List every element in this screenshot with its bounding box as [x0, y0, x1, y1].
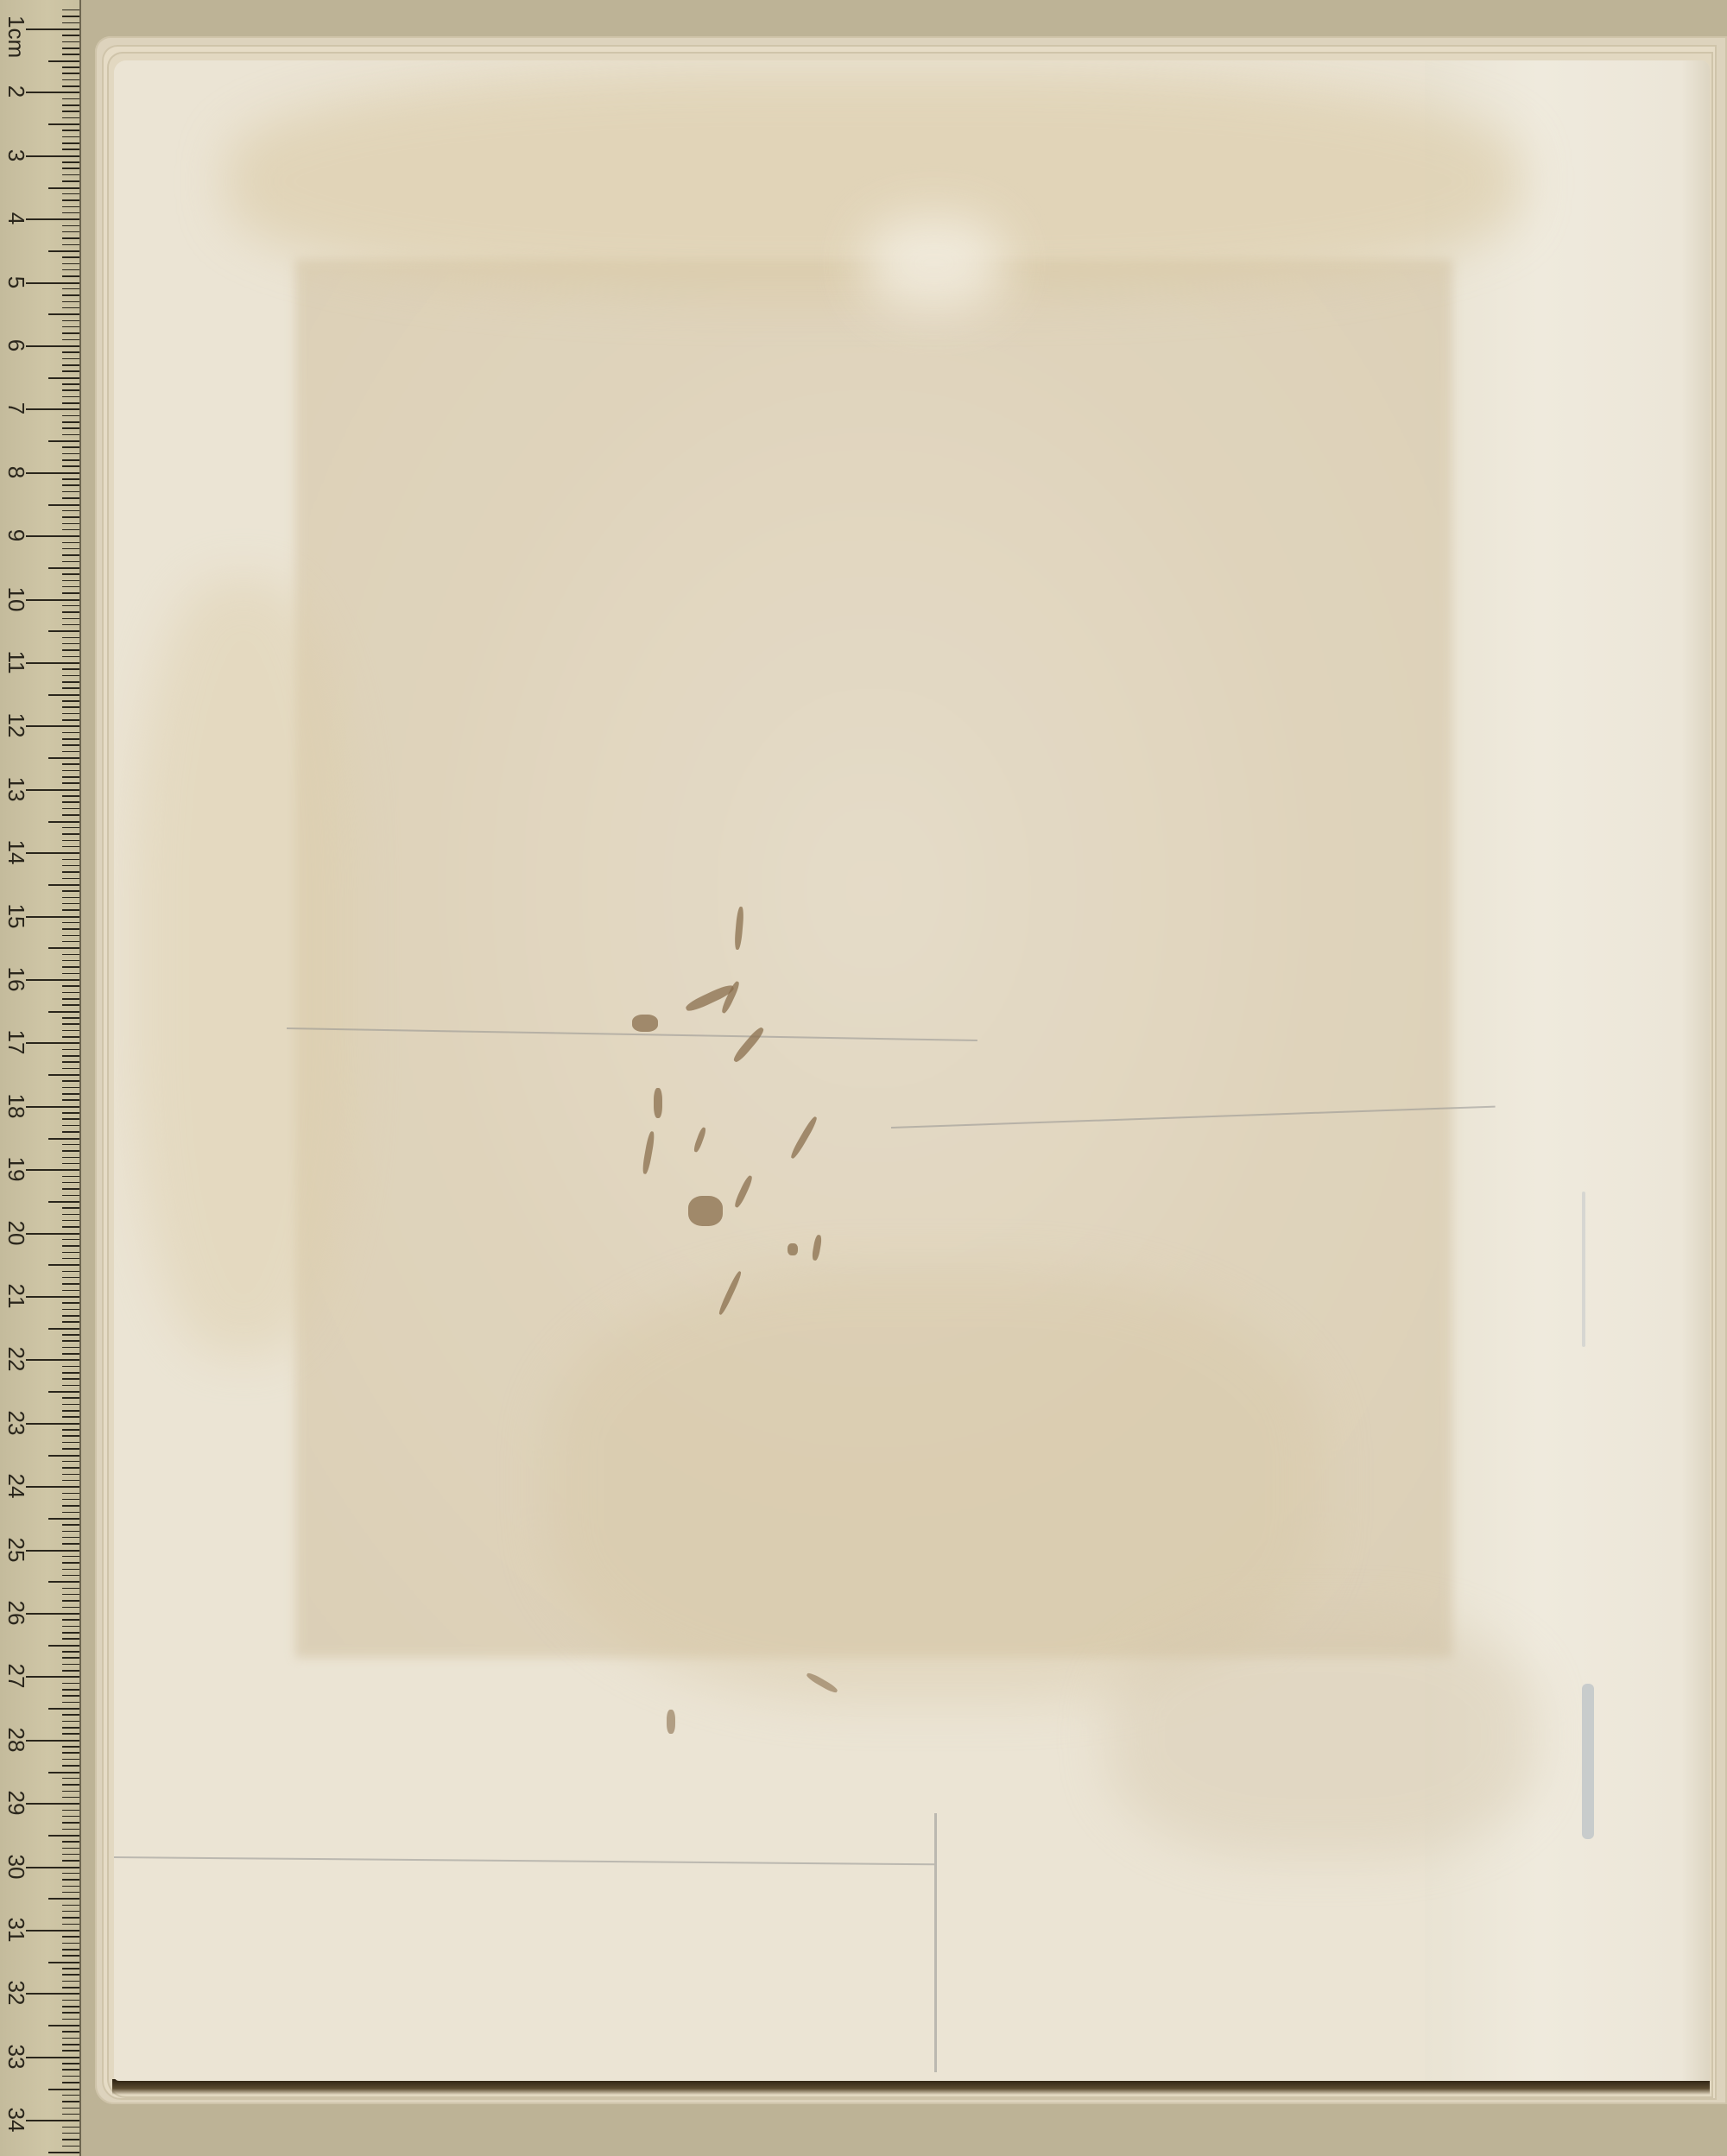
ruler-tick [48, 821, 79, 823]
ruler-tick [62, 782, 79, 784]
ruler-tick [62, 846, 79, 848]
ruler-tick [26, 1613, 79, 1615]
ruler-label: 8 [3, 459, 29, 485]
ruler-tick [62, 1410, 79, 1412]
ruler-tick [62, 244, 79, 246]
ruler-label: 19 [3, 1156, 29, 1182]
ruler-tick [26, 979, 79, 981]
ruler-tick [26, 472, 79, 474]
ruler-tick [62, 1556, 79, 1558]
ruler-tick [62, 1791, 79, 1792]
ruler-tick [26, 408, 79, 410]
ruler-label: 5 [3, 269, 29, 295]
ruler-tick [62, 339, 79, 341]
ruler-tick [26, 1676, 79, 1678]
ruler-tick [62, 1854, 79, 1856]
ruler-tick [62, 1917, 79, 1919]
ruler-tick [62, 744, 79, 746]
ruler-tick [48, 504, 79, 506]
ruler-tick [62, 554, 79, 556]
ruler-tick [62, 1873, 79, 1875]
ruler-tick [62, 1036, 79, 1038]
ruler-tick [62, 580, 79, 582]
ruler-tick [62, 1619, 79, 1621]
ruler-tick [62, 624, 79, 626]
ruler-label: 10 [3, 586, 29, 612]
ruler-tick [48, 1898, 79, 1900]
ruler-tick [62, 1936, 79, 1938]
ruler-tick [62, 1378, 79, 1380]
ruler-tick [62, 1004, 79, 1006]
ruler-label: 27 [3, 1663, 29, 1689]
ruler-tick [62, 865, 79, 867]
ruler-tick [62, 1981, 79, 1982]
ruler-tick [62, 1131, 79, 1133]
ruler-tick [48, 1074, 79, 1076]
ruler-tick [62, 1220, 79, 1222]
ruler-tick [62, 1157, 79, 1159]
ruler-tick [26, 155, 79, 157]
ruler-tick [62, 954, 79, 956]
ruler-tick [62, 2012, 79, 2014]
ruler-tick [62, 643, 79, 645]
ruler-tick [62, 1588, 79, 1590]
ruler-tick [48, 1645, 79, 1647]
ruler-tick [62, 2139, 79, 2140]
ruler-tick [62, 484, 79, 486]
ruler-tick [62, 491, 79, 493]
ink-spot [667, 1710, 675, 1734]
ruler-tick [62, 396, 79, 398]
ruler-tick [26, 2120, 79, 2121]
ruler-tick [62, 1702, 79, 1704]
ruler-tick [48, 1138, 79, 1140]
ruler-tick [62, 814, 79, 816]
ruler-tick [62, 389, 79, 391]
ruler-tick [48, 1455, 79, 1457]
ruler-tick [62, 1372, 79, 1374]
ruler-tick [62, 1239, 79, 1241]
ruler-tick [62, 1188, 79, 1190]
ruler-tick [62, 770, 79, 772]
ruler-tick [62, 2127, 79, 2128]
ruler-tick [62, 73, 79, 74]
ruler-tick [26, 1296, 79, 1298]
ruler-tick [62, 529, 79, 531]
ruler-tick [48, 1391, 79, 1393]
ruler-tick [62, 840, 79, 842]
ruler-tick [48, 1962, 79, 1963]
ruler-tick [62, 1055, 79, 1057]
ruler-tick [62, 1277, 79, 1279]
ruler-tick [62, 104, 79, 106]
ruler-tick [62, 2133, 79, 2134]
ruler-tick [62, 2038, 79, 2039]
ruler-tick [62, 2101, 79, 2102]
ruler-tick [62, 136, 79, 138]
ruler-tick [62, 592, 79, 594]
ruler-tick [48, 2025, 79, 2026]
ruler-tick [62, 1112, 79, 1114]
ruler-label: 22 [3, 1346, 29, 1372]
ruler-tick [62, 1340, 79, 1342]
ruler-tick [26, 28, 79, 30]
ruler-tick [62, 1886, 79, 1887]
ruler-tick [62, 9, 79, 11]
ruler-tick [26, 1169, 79, 1171]
ruler-tick [62, 1657, 79, 1659]
ruler-tick [48, 694, 79, 696]
ruler-tick [62, 706, 79, 708]
ruler-tick [26, 599, 79, 601]
ruler-tick [62, 1163, 79, 1165]
ruler-tick [48, 377, 79, 379]
ruler-tick [62, 402, 79, 404]
ruler-tick [62, 1531, 79, 1533]
ruler-tick [62, 1080, 79, 1082]
ruler-tick [62, 890, 79, 892]
ruler-tick [62, 700, 79, 702]
ruler-tick [62, 1068, 79, 1070]
ruler-tick [48, 1518, 79, 1520]
ruler-tick [62, 668, 79, 670]
ruler-tick [62, 370, 79, 372]
ruler-tick [26, 1486, 79, 1488]
ruler-tick [62, 1505, 79, 1507]
ruler-tick [26, 1803, 79, 1805]
ruler-tick [62, 1309, 79, 1311]
ruler-tick [62, 465, 79, 467]
ruler-tick [62, 675, 79, 677]
ruler-tick [62, 1467, 79, 1469]
ruler-tick [62, 1689, 79, 1691]
ruler-label: 28 [3, 1727, 29, 1753]
ruler-tick [48, 1328, 79, 1330]
ruler-tick [26, 282, 79, 284]
ruler-tick [62, 1017, 79, 1019]
paper-crease [114, 1856, 934, 1865]
ruler-label: 24 [3, 1473, 29, 1499]
ruler-tick [62, 1600, 79, 1602]
ruler-tick [62, 542, 79, 544]
ruler-tick [62, 206, 79, 208]
ruler-tick [62, 928, 79, 930]
ruler-tick [62, 1030, 79, 1032]
ruler-label: 30 [3, 1854, 29, 1880]
ruler-tick [48, 123, 79, 125]
ruler-tick [62, 269, 79, 271]
ruler-tick [62, 941, 79, 943]
ruler-tick [62, 1594, 79, 1596]
ruler-tick [62, 827, 79, 829]
ruler-tick [62, 16, 79, 17]
ruler-tick [62, 1061, 79, 1063]
ruler-tick [62, 1810, 79, 1811]
ruler-label: 32 [3, 1980, 29, 2006]
ruler-tick [26, 1423, 79, 1425]
ruler-tick [62, 326, 79, 328]
ruler-tick [62, 79, 79, 81]
ruler-tick [62, 1118, 79, 1120]
ruler-label: 29 [3, 1790, 29, 1816]
ruler-label: 23 [3, 1410, 29, 1436]
ruler-tick [48, 1708, 79, 1710]
ruler-tick [62, 1397, 79, 1399]
ruler-tick [62, 1664, 79, 1666]
ruler-tick [48, 757, 79, 759]
ruler-tick [62, 719, 79, 721]
ruler-tick [62, 2095, 79, 2096]
ruler-tick [62, 174, 79, 176]
blue-pencil-mark [1582, 1192, 1585, 1347]
ruler-tick [62, 1049, 79, 1051]
ruler-tick [62, 751, 79, 753]
ruler-tick [62, 2031, 79, 2033]
ruler-tick [62, 649, 79, 651]
ruler-tick [62, 1683, 79, 1685]
ruler-tick [48, 884, 79, 886]
water-stain [131, 579, 356, 1356]
ruler-tick [62, 1822, 79, 1824]
ruler-tick [62, 1366, 79, 1368]
ruler-tick [62, 1347, 79, 1349]
ruler-tick [62, 199, 79, 201]
ruler-tick [62, 111, 79, 112]
ruler-tick [62, 47, 79, 49]
ruler-tick [62, 1841, 79, 1843]
ruler-tick [48, 1581, 79, 1583]
ruler-tick [48, 187, 79, 189]
ruler-tick [62, 1207, 79, 1209]
ruler-tick [62, 98, 79, 100]
ruler-tick [62, 1575, 79, 1577]
ruler-tick [26, 662, 79, 664]
ruler-tick [26, 1359, 79, 1361]
ruler-tick [62, 161, 79, 163]
ruler-tick [26, 345, 79, 347]
ruler-tick [26, 1550, 79, 1552]
ruler-tick [62, 180, 79, 182]
ruler-tick [26, 1042, 79, 1044]
ruler-tick [62, 1474, 79, 1476]
ruler-tick [62, 1252, 79, 1254]
ruler-tick [62, 1651, 79, 1653]
ruler-label: 26 [3, 1600, 29, 1626]
ruler-tick [62, 1353, 79, 1355]
document-page [114, 60, 1710, 2081]
ruler-tick [62, 1150, 79, 1152]
ruler-tick [62, 1404, 79, 1406]
ruler-tick [62, 1607, 79, 1609]
ruler-tick [62, 2063, 79, 2064]
ruler-tick [62, 1499, 79, 1501]
ruler-tick [62, 656, 79, 658]
ruler-tick [62, 1727, 79, 1729]
ruler-tick [62, 2006, 79, 2007]
ruler-tick [62, 142, 79, 144]
ruler-tick [62, 878, 79, 880]
ruler-tick [62, 1778, 79, 1780]
ruler-tick [48, 1201, 79, 1203]
ruler-tick [62, 903, 79, 905]
ruler-tick [62, 478, 79, 480]
ruler-tick [62, 2050, 79, 2052]
ruler-tick [62, 1765, 79, 1767]
ruler-tick [62, 713, 79, 715]
ruler-tick [62, 364, 79, 366]
ruler-label: 11 [3, 649, 29, 675]
ruler-tick [62, 307, 79, 309]
ruler-label: 3 [3, 142, 29, 168]
ruler-tick [62, 1955, 79, 1957]
ruler-tick [62, 351, 79, 353]
ruler-tick [48, 313, 79, 315]
ruler-label: 33 [3, 2044, 29, 2070]
ruler-tick [62, 611, 79, 613]
ruler-tick [62, 1087, 79, 1089]
ruler-tick [48, 1772, 79, 1773]
ruler-tick [62, 1638, 79, 1640]
ruler-tick [62, 808, 79, 810]
ruler-tick [62, 1258, 79, 1260]
ruler-tick [62, 1448, 79, 1450]
ruler-tick [62, 871, 79, 873]
ruler-label: 2 [3, 79, 29, 104]
ruler-tick [26, 218, 79, 220]
ruler-tick [62, 1176, 79, 1178]
ruler-tick [62, 2114, 79, 2115]
ruler-tick [62, 1334, 79, 1336]
ruler-tick [62, 833, 79, 835]
ruler-tick [62, 1302, 79, 1304]
ruler-tick [62, 1245, 79, 1247]
ruler-tick [62, 922, 79, 924]
faded-handwriting [606, 881, 917, 1364]
ruler-tick [62, 1442, 79, 1444]
ruler-tick [62, 1321, 79, 1323]
ruler-label: 17 [3, 1029, 29, 1055]
ruler-tick [48, 947, 79, 949]
ruler-tick [62, 637, 79, 639]
ruler-tick [62, 2108, 79, 2109]
ruler-tick [62, 1182, 79, 1184]
ruler-tick [62, 985, 79, 987]
ruler-tick [62, 1512, 79, 1514]
ruler-tick [62, 421, 79, 423]
ruler-tick [62, 1283, 79, 1285]
ruler-tick [62, 1144, 79, 1146]
ruler-tick [62, 897, 79, 899]
paper-crease [934, 1813, 937, 2072]
ruler-tick [62, 22, 79, 24]
ruler-tick [62, 130, 79, 131]
ruler-tick [62, 1416, 79, 1418]
ruler-tick [62, 1099, 79, 1101]
ruler-tick [62, 2069, 79, 2071]
ruler-tick [62, 1626, 79, 1628]
ruler-tick [62, 523, 79, 525]
ruler-tick [62, 1860, 79, 1862]
ruler-tick [62, 2044, 79, 2045]
ruler-tick [62, 1125, 79, 1127]
ruler-tick [62, 618, 79, 620]
ruler-tick [62, 1733, 79, 1735]
ruler-tick [62, 1461, 79, 1463]
ruler-tick [62, 573, 79, 575]
ruler-label: 20 [3, 1220, 29, 1246]
ruler-tick [62, 1829, 79, 1830]
light-patch [865, 216, 1003, 311]
ruler-tick [62, 960, 79, 962]
ruler-tick [26, 1993, 79, 1995]
ruler-tick [62, 1816, 79, 1818]
ruler-tick [62, 1905, 79, 1906]
ruler-tick [62, 41, 79, 43]
ruler-tick [62, 1695, 79, 1697]
ruler-tick [62, 117, 79, 119]
ruler-tick [62, 1752, 79, 1754]
ruler-tick [62, 427, 79, 429]
ruler-tick [26, 1867, 79, 1868]
ruler-tick [62, 2082, 79, 2083]
ruler-tick [62, 1911, 79, 1913]
ruler-tick [62, 1537, 79, 1539]
ruler-tick [62, 516, 79, 518]
ruler-tick [62, 35, 79, 36]
ruler-tick [62, 320, 79, 322]
ruler-tick [62, 795, 79, 797]
ruler-tick [62, 1315, 79, 1317]
ruler-tick [62, 383, 79, 385]
ruler-tick [26, 92, 79, 93]
ruler-label: 7 [3, 395, 29, 421]
ruler-label: 15 [3, 903, 29, 929]
ruler-tick [62, 909, 79, 911]
ruler-tick [48, 1264, 79, 1266]
ruler-tick [62, 1480, 79, 1482]
ruler-tick [62, 497, 79, 499]
ruler-tick [62, 1924, 79, 1925]
ruler-tick [48, 1011, 79, 1013]
ruler-tick [62, 1226, 79, 1228]
ruler-tick [62, 332, 79, 334]
ruler-tick [62, 1714, 79, 1716]
ruler-label: 16 [3, 966, 29, 992]
ruler-tick [48, 2089, 79, 2090]
ruler-tick [62, 1569, 79, 1571]
ruler-tick [62, 459, 79, 461]
ruler-tick [62, 510, 79, 512]
ruler-tick [62, 1892, 79, 1894]
ruler-tick [62, 1429, 79, 1431]
ruler-label: 14 [3, 839, 29, 865]
ruler-tick [62, 1632, 79, 1634]
ruler-tick [62, 1943, 79, 1944]
ruler-label: 9 [3, 522, 29, 548]
ruler-tick [62, 732, 79, 734]
ruler-tick [62, 288, 79, 290]
ruler-tick [62, 859, 79, 861]
ruler-tick [62, 1023, 79, 1025]
ruler-tick [62, 2076, 79, 2077]
ruler-tick [62, 434, 79, 436]
ruler-tick [62, 294, 79, 296]
ruler-tick [48, 440, 79, 442]
ruler-tick [62, 2000, 79, 2001]
ruler-tick [62, 225, 79, 227]
ruler-tick [62, 212, 79, 214]
ruler-tick [62, 85, 79, 87]
